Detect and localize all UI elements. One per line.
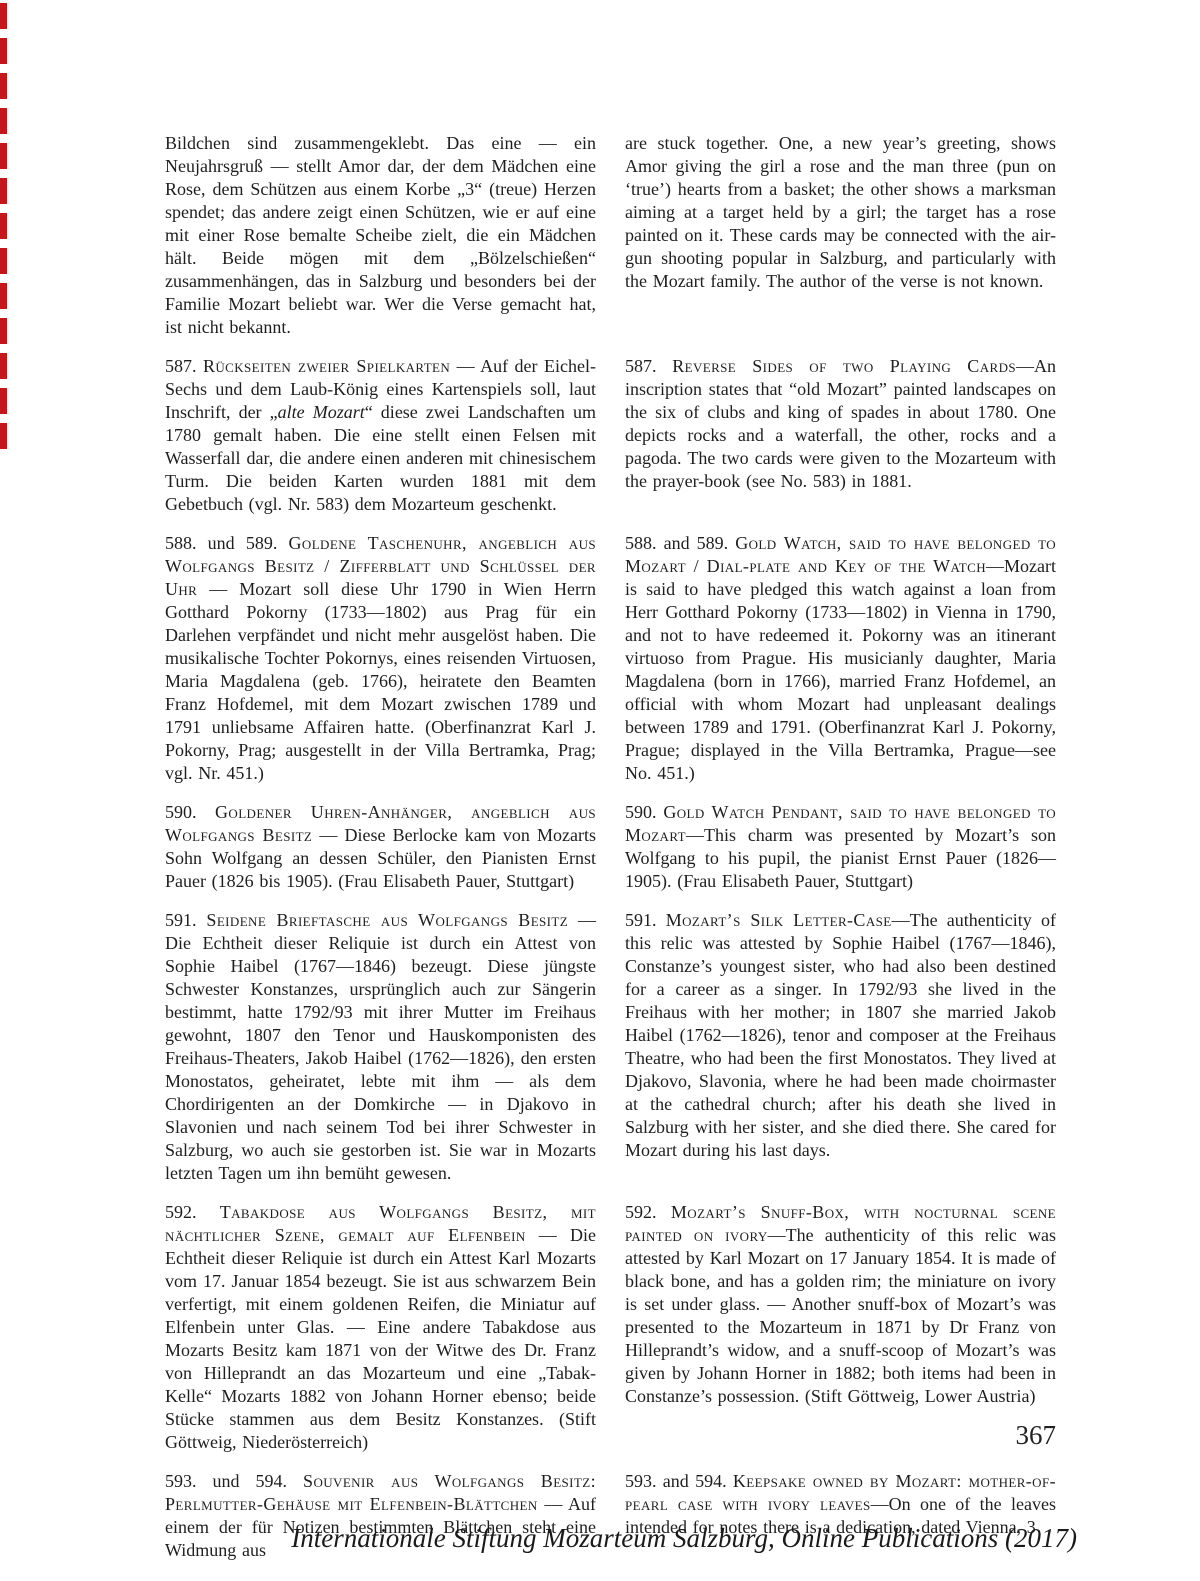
scan-edge-marks [0, 3, 7, 458]
entry-number: 590. [165, 802, 215, 822]
entry-row-592: 592. Tabakdose aus Wolfgangs Besitz, mit… [165, 1201, 1056, 1454]
entry-continuation-de: Bildchen sind zusammengeklebt. Das eine … [165, 132, 596, 339]
entry-row-588-589: 588. und 589. Goldene Taschenuhr, angebl… [165, 532, 1056, 785]
entry-591-de: 591. Seidene Brieftasche aus Wolfgangs B… [165, 909, 596, 1185]
entry-dash: — [892, 910, 910, 930]
entry-body: Die Echtheit dieser Reliquie ist durch e… [165, 933, 596, 1183]
entry-number: 588. and 589. [625, 533, 735, 553]
entry-587-en: 587. Reverse Sides of two Playing Cards—… [625, 355, 1056, 493]
entry-title: Seidene Brieftasche aus Wolfgangs Besitz [206, 910, 568, 930]
entry-body-italic: alte Mozart [278, 402, 365, 422]
entry-number: 591. [625, 910, 666, 930]
entry-number: 593. and 594. [625, 1471, 733, 1491]
entry-number: 587. [625, 356, 672, 376]
entry-body: Die Echtheit dieser Reliquie ist durch e… [165, 1225, 596, 1452]
entry-dash: — [312, 825, 344, 845]
entry-body: Mozart is said to have pledged this watc… [625, 556, 1056, 783]
edge-dash-mark [0, 353, 7, 379]
entry-number: 591. [165, 910, 206, 930]
edge-dash-mark [0, 388, 7, 414]
edge-dash-mark [0, 38, 7, 64]
edge-dash-mark [0, 283, 7, 309]
edge-dash-mark [0, 108, 7, 134]
entry-588-589-de: 588. und 589. Goldene Taschenuhr, angebl… [165, 532, 596, 785]
entry-number: 587. [165, 356, 203, 376]
edge-dash-mark [0, 213, 7, 239]
entry-590-en: 590. Gold Watch Pendant, said to have be… [625, 801, 1056, 893]
entry-title: Rückseiten zweier Spielkarten [203, 356, 450, 376]
edge-dash-mark [0, 318, 7, 344]
entry-title: Reverse Sides of two Playing Cards [672, 356, 1016, 376]
page-number: 367 [165, 1420, 1056, 1450]
edge-dash-mark [0, 178, 7, 204]
entry-body: Mozart soll diese Uhr 1790 in Wien Herrn… [165, 579, 596, 783]
entry-number: 588. und 589. [165, 533, 289, 553]
entry-number: 592. [625, 1202, 671, 1222]
entry-590-de: 590. Goldener Uhren-Anhänger, angeblich … [165, 801, 596, 893]
entry-592-en: 592. Mozart’s Snuff-Box, with nocturnal … [625, 1201, 1056, 1408]
entry-dash: — [450, 356, 480, 376]
edge-dash-mark [0, 3, 7, 29]
entry-dash: — [568, 910, 596, 930]
entry-row-587: 587. Rückseiten zweier Spielkarten — Auf… [165, 355, 1056, 516]
entry-body: The authenticity of this relic was attes… [625, 910, 1056, 1160]
entry-dash: — [538, 1494, 568, 1514]
entry-number: 590. [625, 802, 663, 822]
page-body: Bildchen sind zusammengeklebt. Das eine … [165, 132, 1056, 1578]
entry-dash: — [986, 556, 1004, 576]
entry-dash: — [871, 1494, 889, 1514]
edge-dash-mark [0, 423, 7, 449]
entry-dash: — [197, 579, 239, 599]
entry-body: are stuck together. One, a new year’s gr… [625, 133, 1056, 291]
entry-continuation-en: are stuck together. One, a new year’s gr… [625, 132, 1056, 293]
edge-dash-mark [0, 143, 7, 169]
entry-row-591: 591. Seidene Brieftasche aus Wolfgangs B… [165, 909, 1056, 1185]
edge-dash-mark [0, 73, 7, 99]
entry-591-en: 591. Mozart’s Silk Letter-Case—The authe… [625, 909, 1056, 1162]
entry-row-continuation: Bildchen sind zusammengeklebt. Das eine … [165, 132, 1056, 339]
entry-dash: — [686, 825, 704, 845]
entry-body: Bildchen sind zusammengeklebt. Das eine … [165, 133, 596, 337]
entry-588-589-en: 588. and 589. Gold Watch, said to have b… [625, 532, 1056, 785]
entry-dash: — [1016, 356, 1034, 376]
entry-number: 592. [165, 1202, 220, 1222]
footer-publication-line: Internationale Stiftung Mozarteum Salzbu… [0, 1522, 1077, 1554]
entry-body: An inscription states that “old Mozart” … [625, 356, 1056, 491]
entry-body: The authenticity of this relic was attes… [625, 1225, 1056, 1406]
entry-592-de: 592. Tabakdose aus Wolfgangs Besitz, mit… [165, 1201, 596, 1454]
entry-row-590: 590. Goldener Uhren-Anhänger, angeblich … [165, 801, 1056, 893]
entry-number: 593. und 594. [165, 1471, 303, 1491]
entry-title: Mozart’s Silk Letter-Case [666, 910, 892, 930]
edge-dash-mark [0, 248, 7, 274]
entry-dash: — [526, 1225, 570, 1245]
entry-587-de: 587. Rückseiten zweier Spielkarten — Auf… [165, 355, 596, 516]
entry-dash: — [768, 1225, 786, 1245]
